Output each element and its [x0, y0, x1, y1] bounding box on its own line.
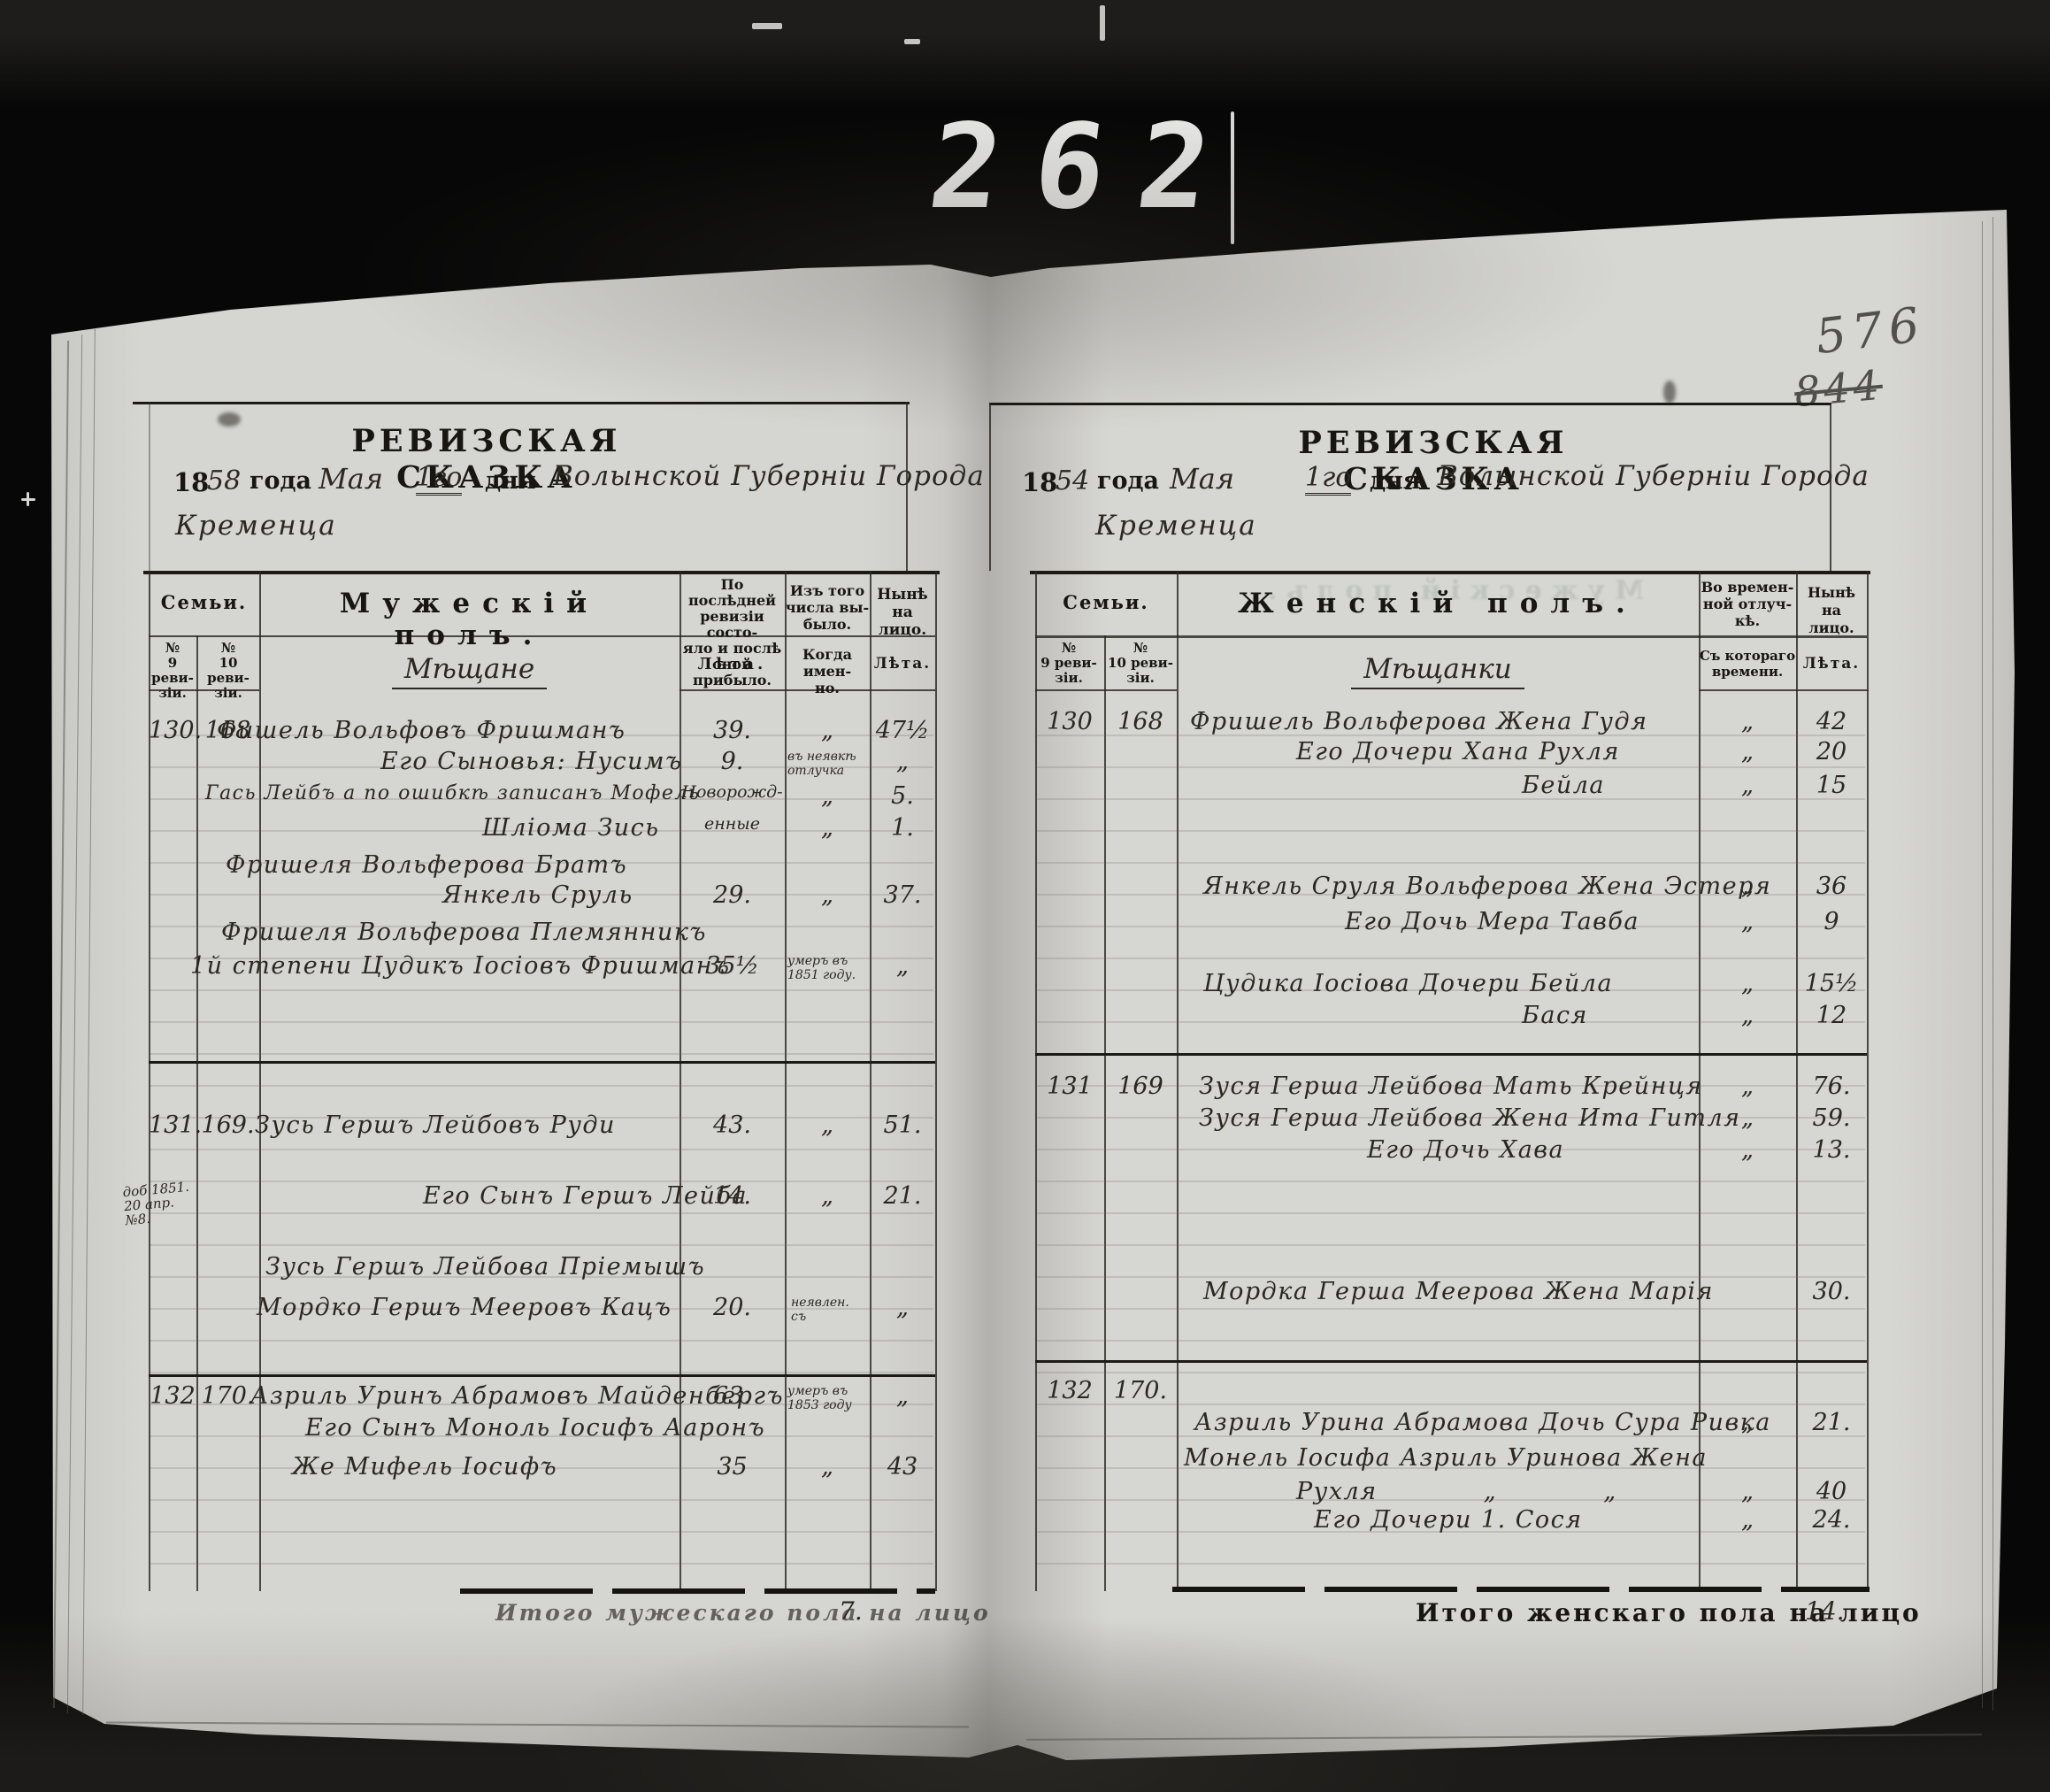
age-previous: 35½: [679, 952, 785, 980]
age-now: 42: [1796, 708, 1867, 735]
person-name: Мордко Гершъ Мееровъ Кацъ: [257, 1294, 672, 1321]
table-row: 132 170. Азриль Уринъ Абрамовъ Майденбер…: [149, 1382, 935, 1418]
place-line: Кременца: [1095, 510, 1257, 542]
table-row: Янкель Сруль 29. „ 37.: [149, 881, 935, 917]
age-now: 43: [870, 1453, 935, 1481]
age-now: 12: [1796, 1002, 1867, 1029]
total-label: Итого женскаго пола на лицо: [1416, 1598, 1922, 1627]
age-now: 24.: [1796, 1506, 1867, 1534]
place-line: Кременца: [175, 510, 337, 542]
sub-when: Когда имен- но.: [785, 646, 870, 696]
rev9-number: 130.: [149, 717, 196, 744]
age-previous: 63.: [679, 1382, 785, 1410]
person-name: Цудика Іосіова Дочери Бейла: [1203, 970, 1613, 997]
departure-note: неявлен. съ: [791, 1296, 876, 1324]
age-now: 59.: [1796, 1104, 1867, 1132]
table-row: Его Сынъ Моноль Іосифъ Ааронъ: [149, 1414, 935, 1450]
person-name: Фишель Вольфовъ Фришманъ: [217, 717, 626, 744]
table-row: 132 170.: [1035, 1377, 1867, 1412]
family-separator: [149, 1374, 935, 1377]
departure-note: „: [785, 1111, 870, 1139]
estate-label: Мѣщанки: [1177, 653, 1699, 685]
away-since: „: [1699, 1506, 1796, 1534]
total-label: Итого мужескаго пола на лицо: [495, 1600, 991, 1626]
date-goda: года: [1097, 467, 1159, 495]
rule: [1035, 689, 1177, 691]
age-previous: 14.: [679, 1182, 785, 1210]
rev9-number: 131: [1035, 1073, 1104, 1100]
total-rule: [460, 1588, 935, 1594]
away-since: „: [1699, 772, 1796, 799]
family-separator: [149, 1061, 935, 1064]
person-name: Его Сыновья: Нусимъ: [380, 748, 682, 775]
rule: [989, 403, 1831, 405]
person-name: Его Сынъ Моноль Іосифъ Ааронъ: [305, 1414, 765, 1442]
total-rule: [1172, 1587, 1870, 1592]
col-male-sex: Мужескій полъ.: [259, 588, 679, 651]
person-name: Рухля „ „: [1296, 1478, 1617, 1505]
estate-label-text: Мѣщанки: [1351, 653, 1524, 689]
rev10-number: 168: [1104, 708, 1177, 735]
person-name: Мордка Герша Меерова Жена Марія: [1203, 1278, 1714, 1305]
col-rev9: № 9 реви- зіи.: [147, 641, 198, 701]
rev9-number: 131.: [149, 1111, 196, 1139]
person-name: Бася: [1522, 1002, 1588, 1029]
date-day: 1го: [416, 462, 462, 496]
age-now: 13.: [1796, 1136, 1867, 1164]
age-now: 21.: [1796, 1409, 1867, 1436]
departure-note: „: [785, 782, 870, 810]
family-separator: [1035, 1360, 1867, 1363]
age-now: „: [870, 1294, 935, 1321]
rev10-number: 170.: [1104, 1377, 1177, 1404]
family-separator: [1035, 1053, 1867, 1056]
age-previous: 20.: [679, 1294, 785, 1321]
date-month: Мая: [1170, 462, 1234, 496]
departure-note: „: [785, 1182, 870, 1210]
rule: [133, 402, 910, 404]
date-year-written: 58: [207, 465, 241, 496]
film-mark: [904, 39, 920, 44]
film-mark: [752, 23, 782, 29]
table-row: Азриль Урина Абрамова Дочь Сура Ривка „ …: [1035, 1409, 1867, 1444]
person-name: 1й степени Цудикъ Іосіовъ Фришманъ: [190, 952, 731, 980]
away-since: „: [1699, 738, 1796, 765]
sub-leta: Лѣта.: [679, 655, 785, 673]
table-row: Же Мифель Іосифъ 35 „ 43: [149, 1453, 935, 1488]
age-previous: 35: [679, 1453, 785, 1481]
person-name: Его Дочь Хава: [1367, 1136, 1564, 1164]
person-name: Шліома Зись: [482, 814, 660, 842]
age-now: 15½: [1796, 970, 1867, 997]
total-value: 7.: [839, 1596, 863, 1626]
away-since: „: [1699, 970, 1796, 997]
rule: [149, 402, 150, 572]
table-row: Монель Іосифа Азриль Уринова Жена: [1035, 1444, 1867, 1480]
table-row: 1й степени Цудикъ Іосіовъ Фришманъ 35½ у…: [149, 952, 935, 988]
rule: [1030, 571, 1870, 574]
page-edge: [1992, 217, 1993, 1711]
rule: [1699, 689, 1869, 691]
rev10-number: 169: [1104, 1073, 1177, 1100]
age-now: 30.: [1796, 1278, 1867, 1305]
table-row: Фришеля Вольферова Племянникъ: [149, 919, 935, 954]
date-year-written: 54: [1056, 465, 1089, 496]
rev10-number: 169.: [196, 1111, 259, 1139]
away-since: „: [1699, 708, 1796, 735]
person-name: Же Мифель Іосифъ: [292, 1453, 557, 1481]
table-row: Янкель Сруля Вольферова Жена Эстеря „ 36: [1035, 873, 1867, 908]
person-name: Зусь Гершъ Лейбова Пріемышъ: [265, 1253, 705, 1281]
date-year-printed: 18: [1022, 467, 1057, 497]
col-now-present: Нынѣ на лицо.: [870, 586, 935, 639]
table-row: Зусь Гершъ Лейбова Пріемышъ: [149, 1253, 935, 1288]
table-row: Его Дочь Хава „ 13.: [1035, 1136, 1867, 1172]
col-departed: Изъ того числа вы- было.: [785, 582, 870, 633]
table-row: Его Дочь Мера Тавба „ 9: [1035, 908, 1867, 943]
age-now: 15: [1796, 772, 1867, 799]
age-previous: 43.: [679, 1111, 785, 1139]
departure-note: „: [785, 881, 870, 909]
page-edge: [1982, 221, 1983, 1708]
table-row: 131. 169. Зусь Гершъ Лейбовъ Руди 43. „ …: [149, 1111, 935, 1147]
estate-label: Мѣщане: [259, 653, 679, 685]
rev9-number: 132: [1035, 1377, 1104, 1404]
person-name: Зуся Герша Лейбова Жена Ита Гитля: [1199, 1104, 1741, 1132]
person-name: Фришеля Вольферова Братъ: [226, 851, 627, 879]
person-name: Фришеля Вольферова Племянникъ: [221, 919, 707, 946]
rule: [1035, 635, 1867, 638]
date-month: Мая: [319, 462, 383, 496]
age-now: 1.: [870, 814, 935, 842]
age-previous: енные: [679, 814, 785, 834]
person-name: Гась Лейбъ а по ошибкѣ записанъ Мофель: [205, 782, 700, 804]
age-now: 36: [1796, 873, 1867, 900]
age-now: „: [870, 952, 935, 980]
age-now: 37.: [870, 881, 935, 909]
age-previous: 29.: [679, 881, 785, 909]
col-family: Семьи.: [1035, 591, 1177, 613]
table-row: Зуся Герша Лейбова Жена Ита Гитля „ 59.: [1035, 1104, 1867, 1140]
age-now: 47½: [870, 717, 935, 744]
person-name: Янкель Сруля Вольферова Жена Эстеря: [1203, 873, 1771, 900]
film-mark: [1100, 5, 1105, 41]
table-row: Его Дочери Хана Рухля „ 20: [1035, 738, 1867, 773]
col-rev10: № 10 реви- зіи.: [198, 641, 258, 701]
age-now: 5.: [870, 782, 935, 810]
departure-note: умеръ въ 1851 году.: [787, 954, 872, 982]
rule: [1867, 571, 1869, 1591]
age-previous: 39.: [679, 717, 785, 744]
age-now: 76.: [1796, 1073, 1867, 1100]
age-now: 20: [1796, 738, 1867, 765]
away-since: „: [1699, 1104, 1796, 1132]
person-name: Зуся Герша Лейбова Мать Крейнця: [1199, 1073, 1703, 1100]
away-since: „: [1699, 1136, 1796, 1164]
age-now: „: [870, 1382, 935, 1410]
total-value: 14.: [1805, 1596, 1845, 1626]
away-since: „: [1699, 908, 1796, 935]
sub-leta2: Лѣта.: [870, 655, 935, 673]
col-temporarily-away: Во времен- ной отлуч- кѣ.: [1699, 579, 1796, 629]
away-since: „: [1699, 1409, 1796, 1436]
table-row: Цудика Іосіова Дочери Бейла „ 15½: [1035, 970, 1867, 1005]
registration-mark: [21, 498, 35, 501]
person-name: Бейла: [1522, 772, 1605, 799]
away-since: „: [1699, 1002, 1796, 1029]
age-now: 40: [1796, 1478, 1867, 1505]
table-row: Его Сынъ Гершъ Лейба 14. „ 21.: [149, 1182, 935, 1218]
film-mark: [1231, 112, 1234, 244]
age-previous: 9.: [679, 748, 785, 775]
table-row: Гась Лейбъ а по ошибкѣ записанъ Мофель Н…: [149, 782, 935, 818]
age-now: 21.: [870, 1182, 935, 1210]
departure-note: „: [785, 814, 870, 842]
table-row: Его Дочери 1. Сося „ 24.: [1035, 1506, 1867, 1542]
rev9-number: 132: [149, 1382, 196, 1410]
departure-note: умеръ въ 1853 году: [787, 1384, 872, 1412]
col-female-sex: Женскій полъ.: [1177, 588, 1699, 619]
table-row: Бася „ 12: [1035, 1002, 1867, 1037]
microfilm-frame: 262 576 844 РЕВИЗСКАЯ СКАЗКА 18 58 года …: [0, 0, 2050, 1792]
date-year-printed: 18: [173, 467, 209, 497]
film-frame-number: 262: [923, 99, 1251, 235]
sub-since-when: Съ котораго времени.: [1697, 648, 1798, 680]
person-name: Азриль Урина Абрамова Дочь Сура Ривка: [1194, 1409, 1771, 1436]
sub-leta: Лѣта.: [1796, 655, 1867, 673]
away-since: „: [1699, 873, 1796, 900]
person-name: Зусь Гершъ Лейбовъ Руди: [255, 1111, 616, 1139]
age-now: 51.: [870, 1111, 935, 1139]
date-goda: года: [250, 467, 311, 495]
away-since: „: [1699, 1478, 1796, 1505]
age-previous: Новорожд-: [679, 782, 785, 802]
departure-note: „: [785, 717, 870, 744]
person-name: Янкель Сруль: [442, 881, 633, 909]
age-now: „: [870, 748, 935, 775]
table-row: Его Сыновья: Нусимъ 9. въ неявкѣ отлучка…: [149, 748, 935, 783]
date-day: 1го: [1305, 462, 1351, 496]
rule: [935, 571, 937, 1591]
pencil-page-number-crossed: 844: [1793, 361, 1885, 416]
rev9-number: 130: [1035, 708, 1104, 735]
col-rev10: № 10 реви- зіи.: [1106, 641, 1175, 686]
table-row: Бейла „ 15: [1035, 772, 1867, 807]
table-row: Шліома Зись енные „ 1.: [149, 814, 935, 850]
date-dnya: дня: [1370, 467, 1421, 495]
person-name: Его Дочери 1. Сося: [1314, 1506, 1583, 1534]
estate-label-text: Мѣщане: [392, 653, 547, 689]
ink-blot: [218, 412, 241, 427]
col-now-present: Нынѣ на лицо.: [1796, 584, 1867, 637]
col-family: Семьи.: [149, 591, 259, 613]
rule: [989, 403, 991, 571]
table-row: Мордко Гершъ Мееровъ Кацъ 20. неявлен. с…: [149, 1294, 935, 1329]
date-place: Волынской Губерніи Города: [553, 460, 985, 492]
departure-note: въ неявкѣ отлучка: [787, 750, 872, 778]
rule: [143, 571, 940, 574]
date-dnya: дня: [485, 467, 536, 495]
col-rev9: № 9 реви- зіи.: [1033, 641, 1104, 686]
table-row: 131 169 Зуся Герша Лейбова Мать Крейнця …: [1035, 1073, 1867, 1108]
person-name: Его Дочь Мера Тавба: [1345, 908, 1639, 935]
person-name: Его Дочери Хана Рухля: [1296, 738, 1620, 765]
date-place: Волынской Губерніи Города: [1438, 460, 1870, 492]
age-now: 9: [1796, 908, 1867, 935]
departure-note: „: [785, 1453, 870, 1481]
person-name: Фришель Вольферова Жена Гудя: [1190, 708, 1647, 735]
table-row: 130. 168 Фишель Вольфовъ Фришманъ 39. „ …: [149, 717, 935, 752]
ink-blot: [1663, 381, 1676, 404]
away-since: „: [1699, 1073, 1796, 1100]
person-name: Монель Іосифа Азриль Уринова Жена: [1184, 1444, 1708, 1472]
table-row: Мордка Герша Меерова Жена Марія 30.: [1035, 1278, 1867, 1313]
